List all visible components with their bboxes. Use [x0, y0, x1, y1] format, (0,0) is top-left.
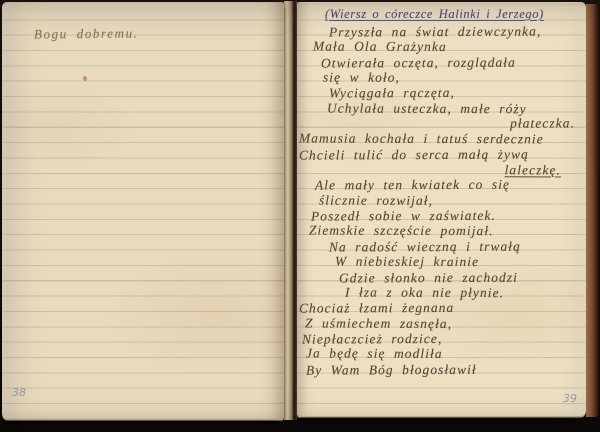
poem-line: By Wam Bóg błogosławił	[306, 361, 581, 378]
poem-line: Mamusia kochała i tatuś serdecznie	[299, 131, 581, 147]
poem: Przyszła na świat dziewczynka, Mała Ola …	[299, 24, 581, 377]
poem-line: Gdzie słonko nie zachodzi	[339, 269, 581, 285]
notebook-photo: Bogu dobremu. 38 (Wiersz o córeczce Hali…	[0, 0, 600, 432]
poem-line: Z uśmiechem zasnęła,	[305, 315, 581, 331]
poem-line: Przyszła na świat dziewczynka,	[329, 23, 581, 39]
poem-line: Poszedł sobie w zaświatek.	[311, 208, 581, 225]
page-gutter	[284, 1, 297, 420]
poem-line: się w koło,	[323, 70, 581, 86]
poem-line: I łza z oka nie płynie.	[345, 284, 581, 300]
poem-line: Chcieli tulić do serca małą żywą	[299, 146, 581, 163]
poem-line: Mała Ola Grażynka	[313, 39, 581, 55]
poem-line: Otwierała oczęta, rozglądała	[321, 54, 581, 70]
poem-line: laleczkę.	[299, 162, 561, 178]
page-number-right: 39	[563, 392, 577, 405]
stain-dot	[83, 76, 87, 81]
poem-title: (Wiersz o córeczce Halinki i Jerzego)	[325, 7, 544, 22]
notebook-left-page: Bogu dobremu. 38	[2, 2, 284, 419]
notebook-right-page: (Wiersz o córeczce Halinki i Jerzego) Pr…	[297, 2, 586, 416]
book-cover-edge	[586, 4, 599, 417]
poem-line: Uchylała usteczka, małe róży	[327, 100, 581, 116]
poem-line: płateczka.	[299, 115, 575, 132]
poem-line: Na radość wieczną i trwałą	[329, 238, 581, 254]
poem-line: Wyciągała rączęta,	[329, 85, 581, 101]
poem-line: Niepłaczcież rodzice,	[302, 330, 581, 347]
poem-line: Ja będę się modliła	[306, 346, 581, 362]
poem-line: W niebieskiej krainie	[335, 254, 581, 270]
pencil-inscription: Bogu dobremu.	[34, 25, 139, 42]
poem-line: ślicznie rozwijał,	[319, 192, 581, 208]
page-number-left: 38	[12, 386, 26, 399]
poem-line: Ziemskie szczęście pomijał.	[309, 223, 581, 239]
poem-line: Chociaż łzami żegnana	[299, 300, 581, 317]
poem-line: Ale mały ten kwiatek co się	[315, 177, 581, 194]
